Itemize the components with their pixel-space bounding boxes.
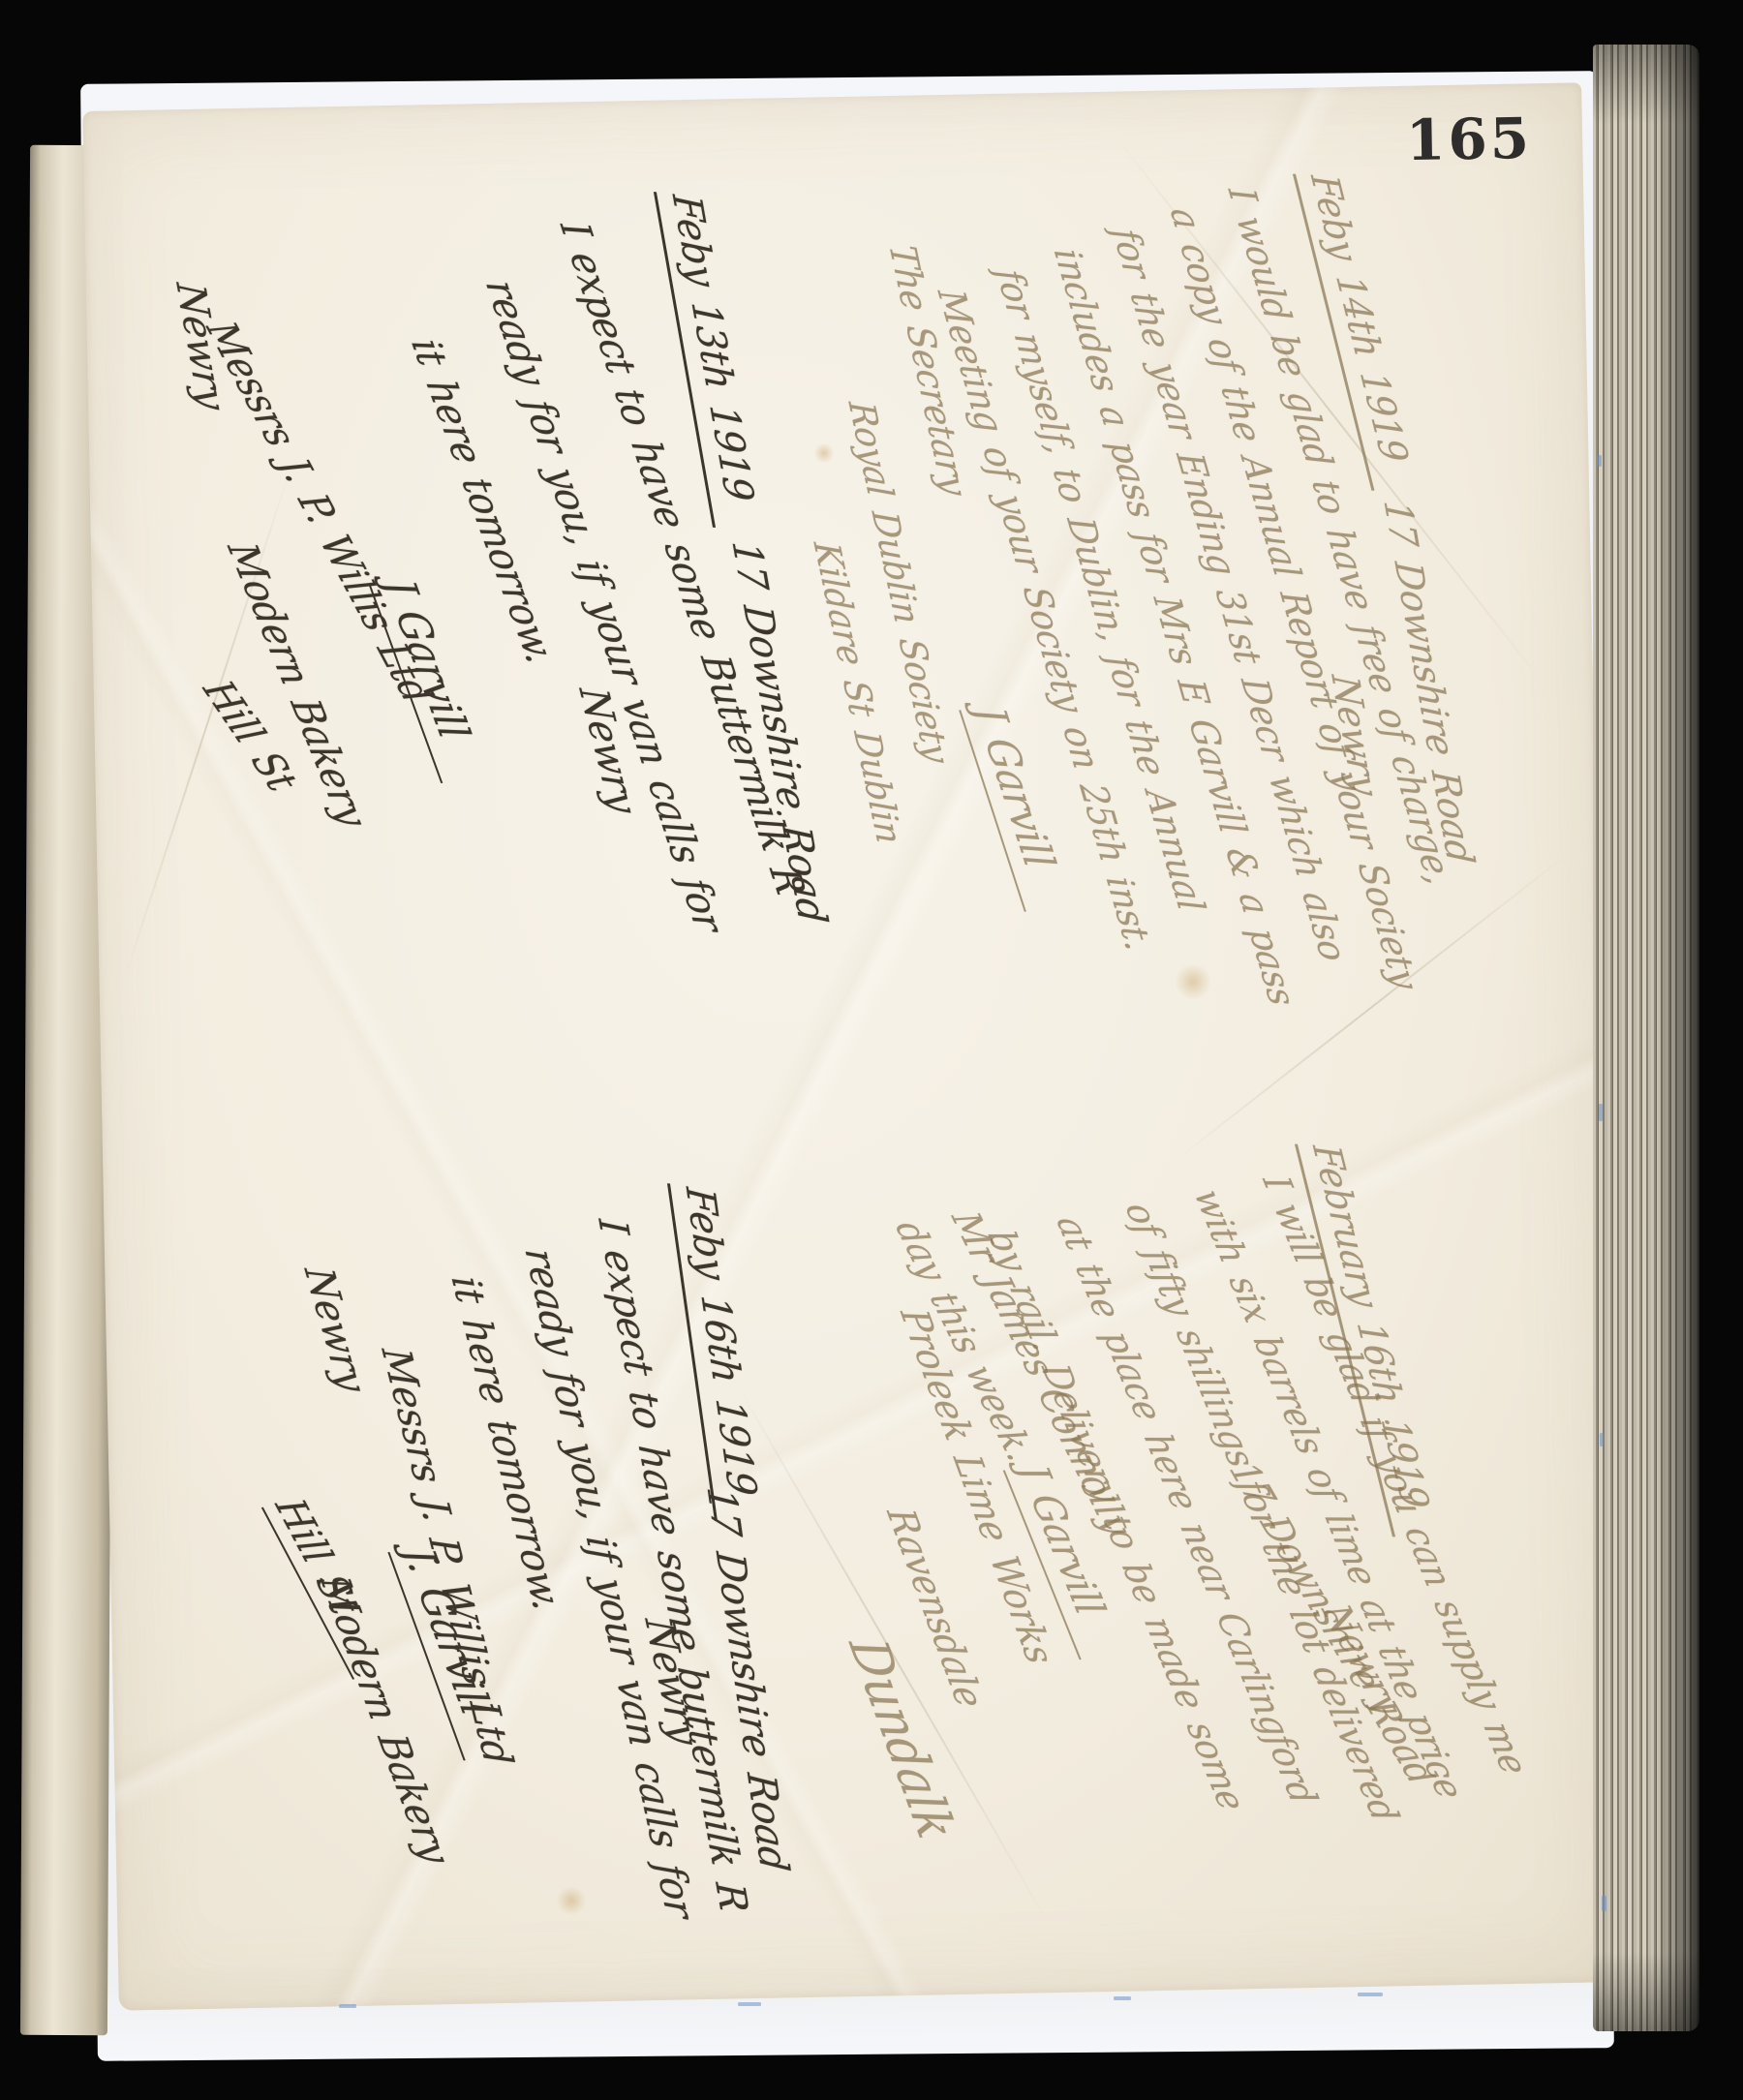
ink-speck: [1600, 1433, 1604, 1446]
ink-speck: [1599, 1104, 1603, 1121]
paper-stain: [1174, 964, 1212, 999]
paper-stain: [556, 1886, 587, 1915]
paper-stain: [813, 443, 835, 463]
ink-speck: [1358, 1993, 1383, 1996]
scanned-letter-book-photo: 165 Feby 14th 1919 17 Downshire Road New…: [0, 0, 1743, 2100]
book-page-stack-edge: [1593, 45, 1699, 2031]
ink-speck: [1114, 1996, 1131, 2000]
ink-speck: [339, 2004, 356, 2008]
ink-speck: [738, 2002, 761, 2006]
page-number: 165: [1405, 106, 1532, 173]
ink-speck: [1602, 1896, 1606, 1911]
ink-speck: [1598, 455, 1602, 467]
